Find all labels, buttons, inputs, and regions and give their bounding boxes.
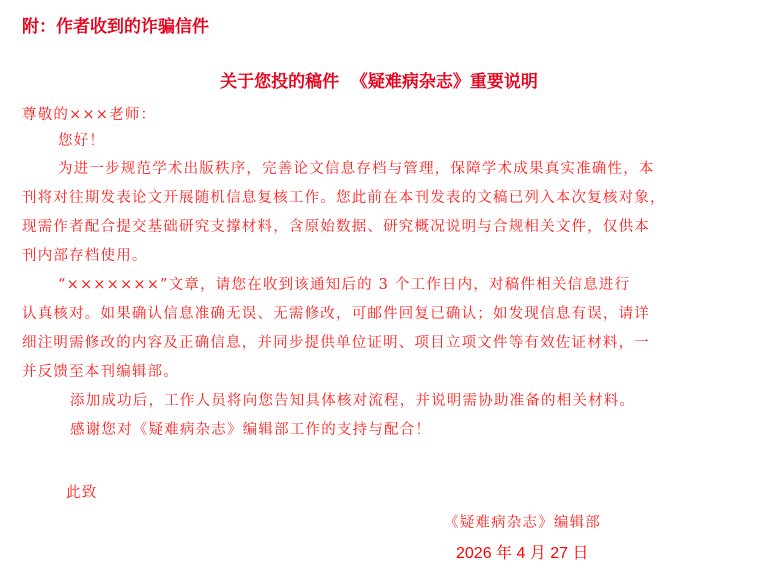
paragraph-line: 现需作者配合提交基础研究支撑材料，含原始数据、研究概况说明与合规相关文件，仅供本 (22, 215, 650, 236)
paragraph-line: 并反馈至本刊编辑部。 (22, 360, 179, 381)
paragraph-line: 认真核对。如果确认信息准确无误、无需修改，可邮件回复已确认；如发现信息有误，请详 (22, 302, 650, 323)
signature: 《疑难病杂志》编辑部 (444, 511, 601, 532)
closing: 此致 (66, 481, 97, 502)
letter-title: 关于您投的稿件 《疑难病杂志》重要说明 (0, 67, 758, 92)
greeting: 您好！ (58, 129, 105, 150)
paragraph-line: 刊内部存档使用。 (22, 244, 148, 265)
paragraph-4: 感谢您对《疑难病杂志》编辑部工作的支持与配合！ (70, 418, 431, 439)
paragraph-line: 为进一步规范学术出版秩序，完善论文信息存档与管理，保障学术成果真实准确性，本 (58, 157, 655, 178)
document-heading: 附：作者收到的诈骗信件 (22, 12, 209, 37)
paragraph-line: 刊将对往期发表论文开展随机信息复核工作。您此前在本刊发表的文稿已列入本次复核对象… (22, 186, 666, 207)
salutation: 尊敬的×××老师： (22, 103, 156, 124)
paragraph-line: “×××××××”文章，请您在收到该通知后的 3 个工作日内，对稿件相关信息进行 (58, 273, 630, 294)
paragraph-3: 添加成功后，工作人员将向您告知具体核对流程，并说明需协助准备的相关材料。 (70, 389, 635, 410)
letter-date: 2026 年 4 月 27 日 (456, 540, 589, 563)
paragraph-line: 细注明需修改的内容及正确信息，并同步提供单位证明、项目立项文件等有效佐证材料，一 (22, 331, 650, 352)
